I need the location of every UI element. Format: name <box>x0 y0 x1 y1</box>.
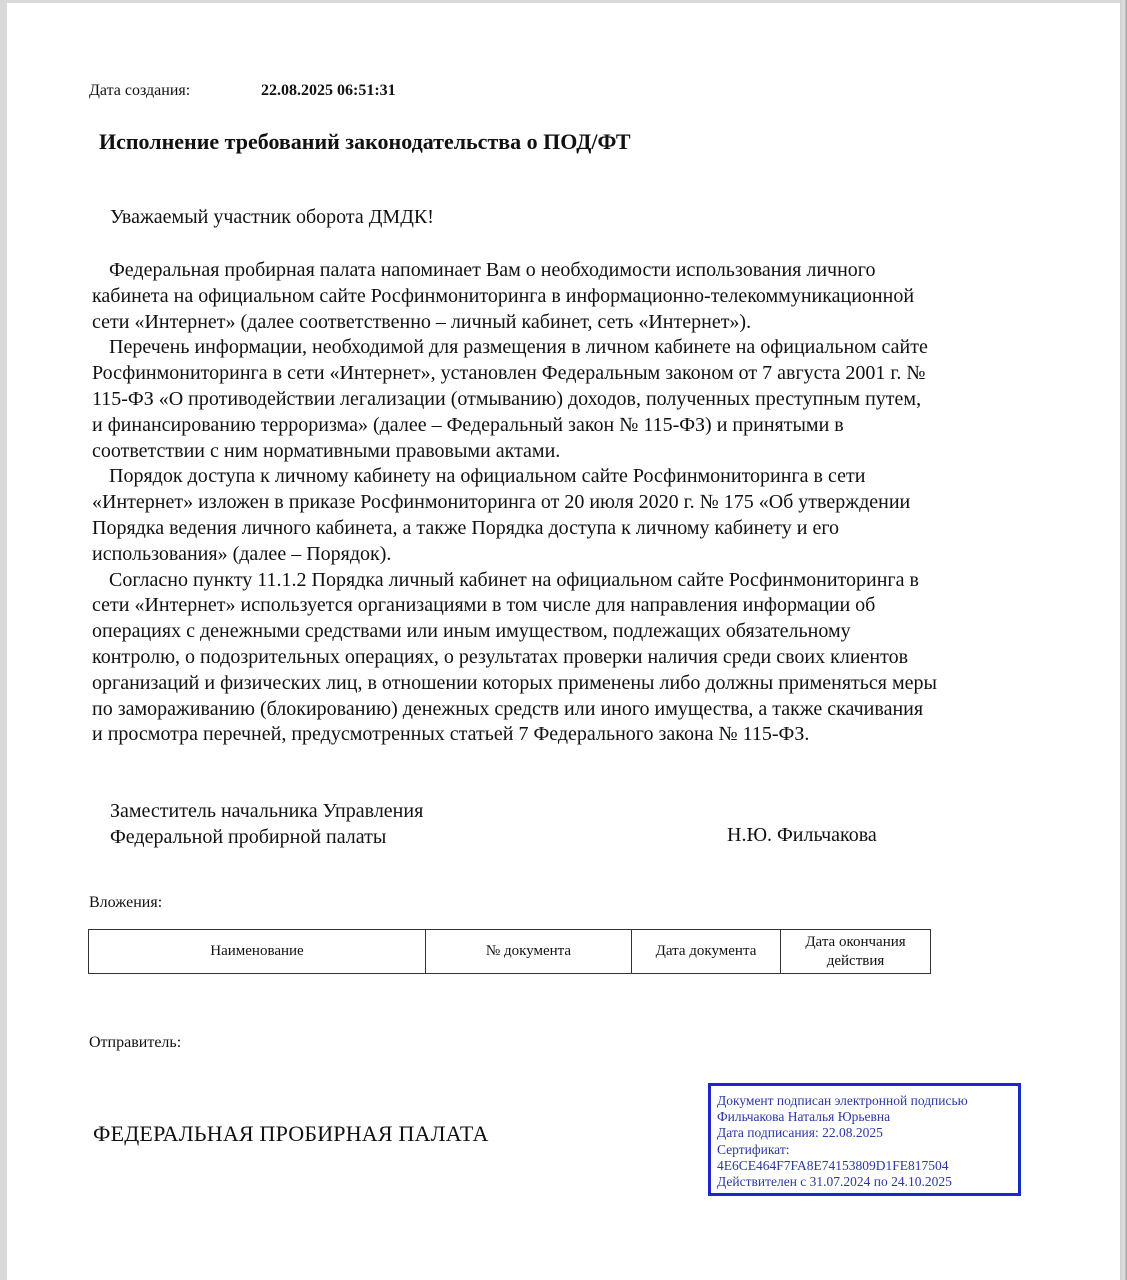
body-text-line: операциях с денежными средствами или ины… <box>92 619 1052 645</box>
signatory-position-line: Федеральной пробирной палаты <box>110 825 423 851</box>
body-text-line: Порядок доступа к личному кабинету на оф… <box>92 464 1052 490</box>
stamp-line: Документ подписан электронной подписью <box>717 1093 1018 1109</box>
electronic-signature-stamp: Документ подписан электронной подписьюФи… <box>708 1083 1021 1196</box>
attachments-header-row: Наименование № документа Дата документа … <box>89 930 931 974</box>
body-text-line: кабинета на официальном сайте Росфинмони… <box>92 284 1052 310</box>
body-text-line: и просмотра перечней, предусмотренных ст… <box>92 722 1052 748</box>
column-header-doc-number: № документа <box>426 930 632 974</box>
sender-name: ФЕДЕРАЛЬНАЯ ПРОБИРНАЯ ПАЛАТА <box>93 1121 489 1147</box>
body-text-line: Согласно пункту 11.1.2 Порядка личный ка… <box>92 568 1052 594</box>
body-text-line: соответствии с ним нормативными правовым… <box>92 439 1052 465</box>
signatory-position: Заместитель начальника Управления Федера… <box>110 799 423 850</box>
created-date-value: 22.08.2025 06:51:31 <box>261 82 396 100</box>
attachments-table: Наименование № документа Дата документа … <box>88 929 931 974</box>
body-text-line: Росфинмониторинга в сети «Интернет», уст… <box>92 361 1052 387</box>
greeting: Уважаемый участник оборота ДМДК! <box>110 206 434 229</box>
viewer-frame-edge <box>1120 0 1127 1280</box>
body-text-line: по замораживанию (блокированию) денежных… <box>92 697 1052 723</box>
stamp-line: Действителен с 31.07.2024 по 24.10.2025 <box>717 1174 1018 1190</box>
body-text-line: Порядка ведения личного кабинета, а такж… <box>92 516 1052 542</box>
column-header-doc-date: Дата документа <box>632 930 781 974</box>
document-page: Дата создания: 22.08.2025 06:51:31 Испол… <box>7 3 1120 1280</box>
body-text-line: организаций и физических лиц, в отношени… <box>92 671 1052 697</box>
body-text-line: сети «Интернет» (далее соответственно – … <box>92 310 1052 336</box>
stamp-line: Сертификат: <box>717 1142 1018 1158</box>
stamp-line: Фильчакова Наталья Юрьевна <box>717 1109 1018 1125</box>
document-title: Исполнение требований законодательства о… <box>99 129 631 155</box>
signatory-name: Н.Ю. Фильчакова <box>727 824 877 847</box>
created-date-label: Дата создания: <box>89 82 190 100</box>
body-text-line: «Интернет» изложен в приказе Росфинмонит… <box>92 490 1052 516</box>
body-text-line: Перечень информации, необходимой для раз… <box>92 335 1052 361</box>
body-text-line: использования» (далее – Порядок). <box>92 542 1052 568</box>
body-text-line: 115-ФЗ «О противодействии легализации (о… <box>92 387 1052 413</box>
stamp-line: Дата подписания: 22.08.2025 <box>717 1125 1018 1141</box>
column-header-expiry-date: Дата окончания действия <box>781 930 931 974</box>
attachments-label: Вложения: <box>89 894 162 912</box>
body-text-line: контролю, о подозрительных операциях, о … <box>92 645 1052 671</box>
body-text-line: сети «Интернет» используется организация… <box>92 593 1052 619</box>
sender-label: Отправитель: <box>89 1034 181 1052</box>
body-text-line: Федеральная пробирная палата напоминает … <box>92 258 1052 284</box>
letter-body: Федеральная пробирная палата напоминает … <box>92 258 1052 748</box>
body-text-line: и финансированию терроризма» (далее – Фе… <box>92 413 1052 439</box>
column-header-name: Наименование <box>89 930 426 974</box>
signatory-position-line: Заместитель начальника Управления <box>110 799 423 825</box>
stamp-line: 4E6CE464F7FA8E74153809D1FE817504 <box>717 1158 1018 1174</box>
